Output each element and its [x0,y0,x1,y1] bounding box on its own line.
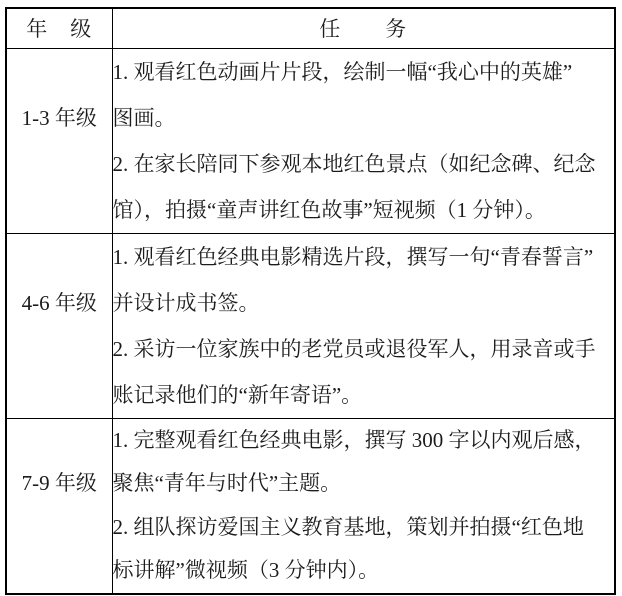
table-row-grades-1-3: 1-3 年级 1. 观看红色动画片片段，绘制一幅“我心中的英雄” 图画。 2. … [6,48,615,233]
grade-label: 4-6 年级 [6,233,112,418]
task-item-2: 2. 采访一位家族中的老党员或退役军人，用录音或手 账记录他们的“新年寄语”。 [113,326,615,418]
task-cell: 1. 完整观看红色经典电影，撰写 300 字以内观后感， 聚焦“青年与时代”主题… [112,418,615,594]
grade-label: 1-3 年级 [6,48,112,233]
task-cell: 1. 观看红色经典电影精选片段，撰写一句“青春誓言” 并设计成书签。 2. 采访… [112,233,615,418]
task-item-2: 2. 组队探访爱国主义教育基地，策划并拍摄“红色地 标讲解”微视频（3 分钟内）… [113,506,615,593]
task-item-1: 1. 完整观看红色经典电影，撰写 300 字以内观后感， 聚焦“青年与时代”主题… [113,419,615,506]
table-row-grades-7-9: 7-9 年级 1. 完整观看红色经典电影，撰写 300 字以内观后感， 聚焦“青… [6,418,615,594]
task-item-2: 2. 在家长陪同下参观本地红色景点（如纪念碑、纪念 馆），拍摄“童声讲红色故事”… [113,141,615,233]
task-item-1: 1. 观看红色经典电影精选片段，撰写一句“青春誓言” 并设计成书签。 [113,234,615,326]
table-header-row: 年 级 任 务 [6,8,615,48]
grade-column-header: 年 级 [6,8,112,48]
grade-label: 7-9 年级 [6,418,112,594]
task-item-1: 1. 观看红色动画片片段，绘制一幅“我心中的英雄” 图画。 [113,49,615,141]
grade-task-table: 年 级 任 务 1-3 年级 1. 观看红色动画片片段，绘制一幅“我心中的英雄”… [5,7,616,595]
task-column-header: 任 务 [112,8,615,48]
table-row-grades-4-6: 4-6 年级 1. 观看红色经典电影精选片段，撰写一句“青春誓言” 并设计成书签… [6,233,615,418]
task-cell: 1. 观看红色动画片片段，绘制一幅“我心中的英雄” 图画。 2. 在家长陪同下参… [112,48,615,233]
